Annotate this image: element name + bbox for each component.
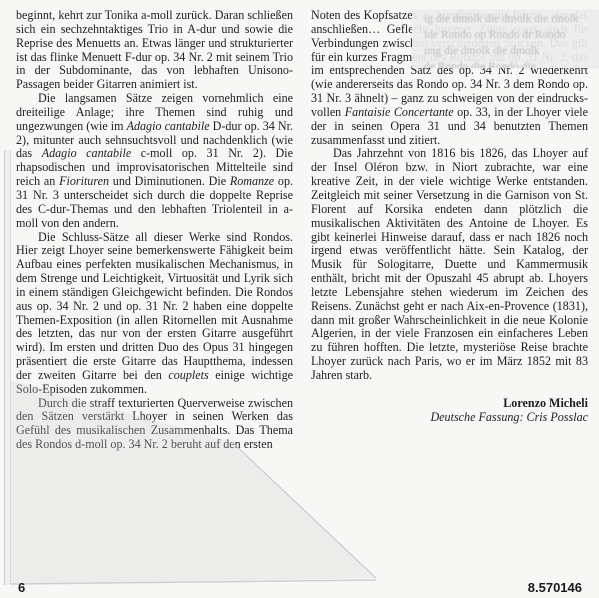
author-name: Lorenzo Micheli: [311, 397, 588, 411]
paragraph-p2: Die langsamen Sätze zeigen vornehmlich e…: [16, 92, 293, 230]
page-number: 6: [18, 580, 25, 595]
text-run: Durch die straff texturierten Querverwei…: [16, 396, 293, 452]
overlay-line: de Rondo die Rondo die: [412, 58, 599, 68]
paragraph-p4: Durch die straff texturierten Querverwei…: [16, 397, 293, 452]
text-run: Das Jahrzehnt von 1816 bis 1826, das Lho…: [311, 146, 588, 382]
italic-term: Adagio cantabile: [42, 146, 132, 160]
paragraph-p3: Die Schluss-Sätze all dieser Werke sind …: [16, 231, 293, 397]
text-run: Die Schluss-Sätze all dieser Werke sind …: [16, 230, 293, 382]
italic-term: Fiorituren: [59, 174, 109, 188]
italic-term: Fantaisie Concertante: [345, 105, 454, 119]
text-run: beginnt, kehrt zur Tonika a-moll zurück.…: [16, 8, 293, 91]
italic-term: couplets: [168, 368, 208, 382]
translucent-label-overlay: ig die dmolk die dmolk die rinolk ide Ro…: [412, 10, 599, 68]
paragraph-p6: Das Jahrzehnt von 1816 bis 1826, das Lho…: [311, 147, 588, 382]
translation-credit: Deutsche Fassung: Cris Posslac: [311, 411, 588, 425]
text-run: und Diminutionen. Die: [109, 174, 230, 188]
right-text-column: Noten des Kopfsatzes … kündigt bereits f…: [311, 9, 588, 424]
italic-term: Romanze: [230, 174, 274, 188]
overlay-line: ig die dmolk die dmolk die rinolk: [412, 10, 599, 26]
signature-block: Lorenzo Micheli Deutsche Fassung: Cris P…: [311, 397, 588, 425]
overlay-line: ung die dmolk die dmolk: [412, 42, 599, 58]
overlay-line: ide Rondo op Rondo dr Rondo: [412, 26, 599, 42]
left-text-column: beginnt, kehrt zur Tonika a-moll zurück.…: [16, 9, 293, 452]
booklet-page: beginnt, kehrt zur Tonika a-moll zurück.…: [0, 0, 599, 598]
italic-term: Adagio cantabile: [127, 119, 210, 133]
paragraph-p1: beginnt, kehrt zur Tonika a-moll zurück.…: [16, 9, 293, 92]
sleeve-edge-strip: [4, 150, 11, 585]
catalogue-number: 8.570146: [528, 580, 582, 595]
